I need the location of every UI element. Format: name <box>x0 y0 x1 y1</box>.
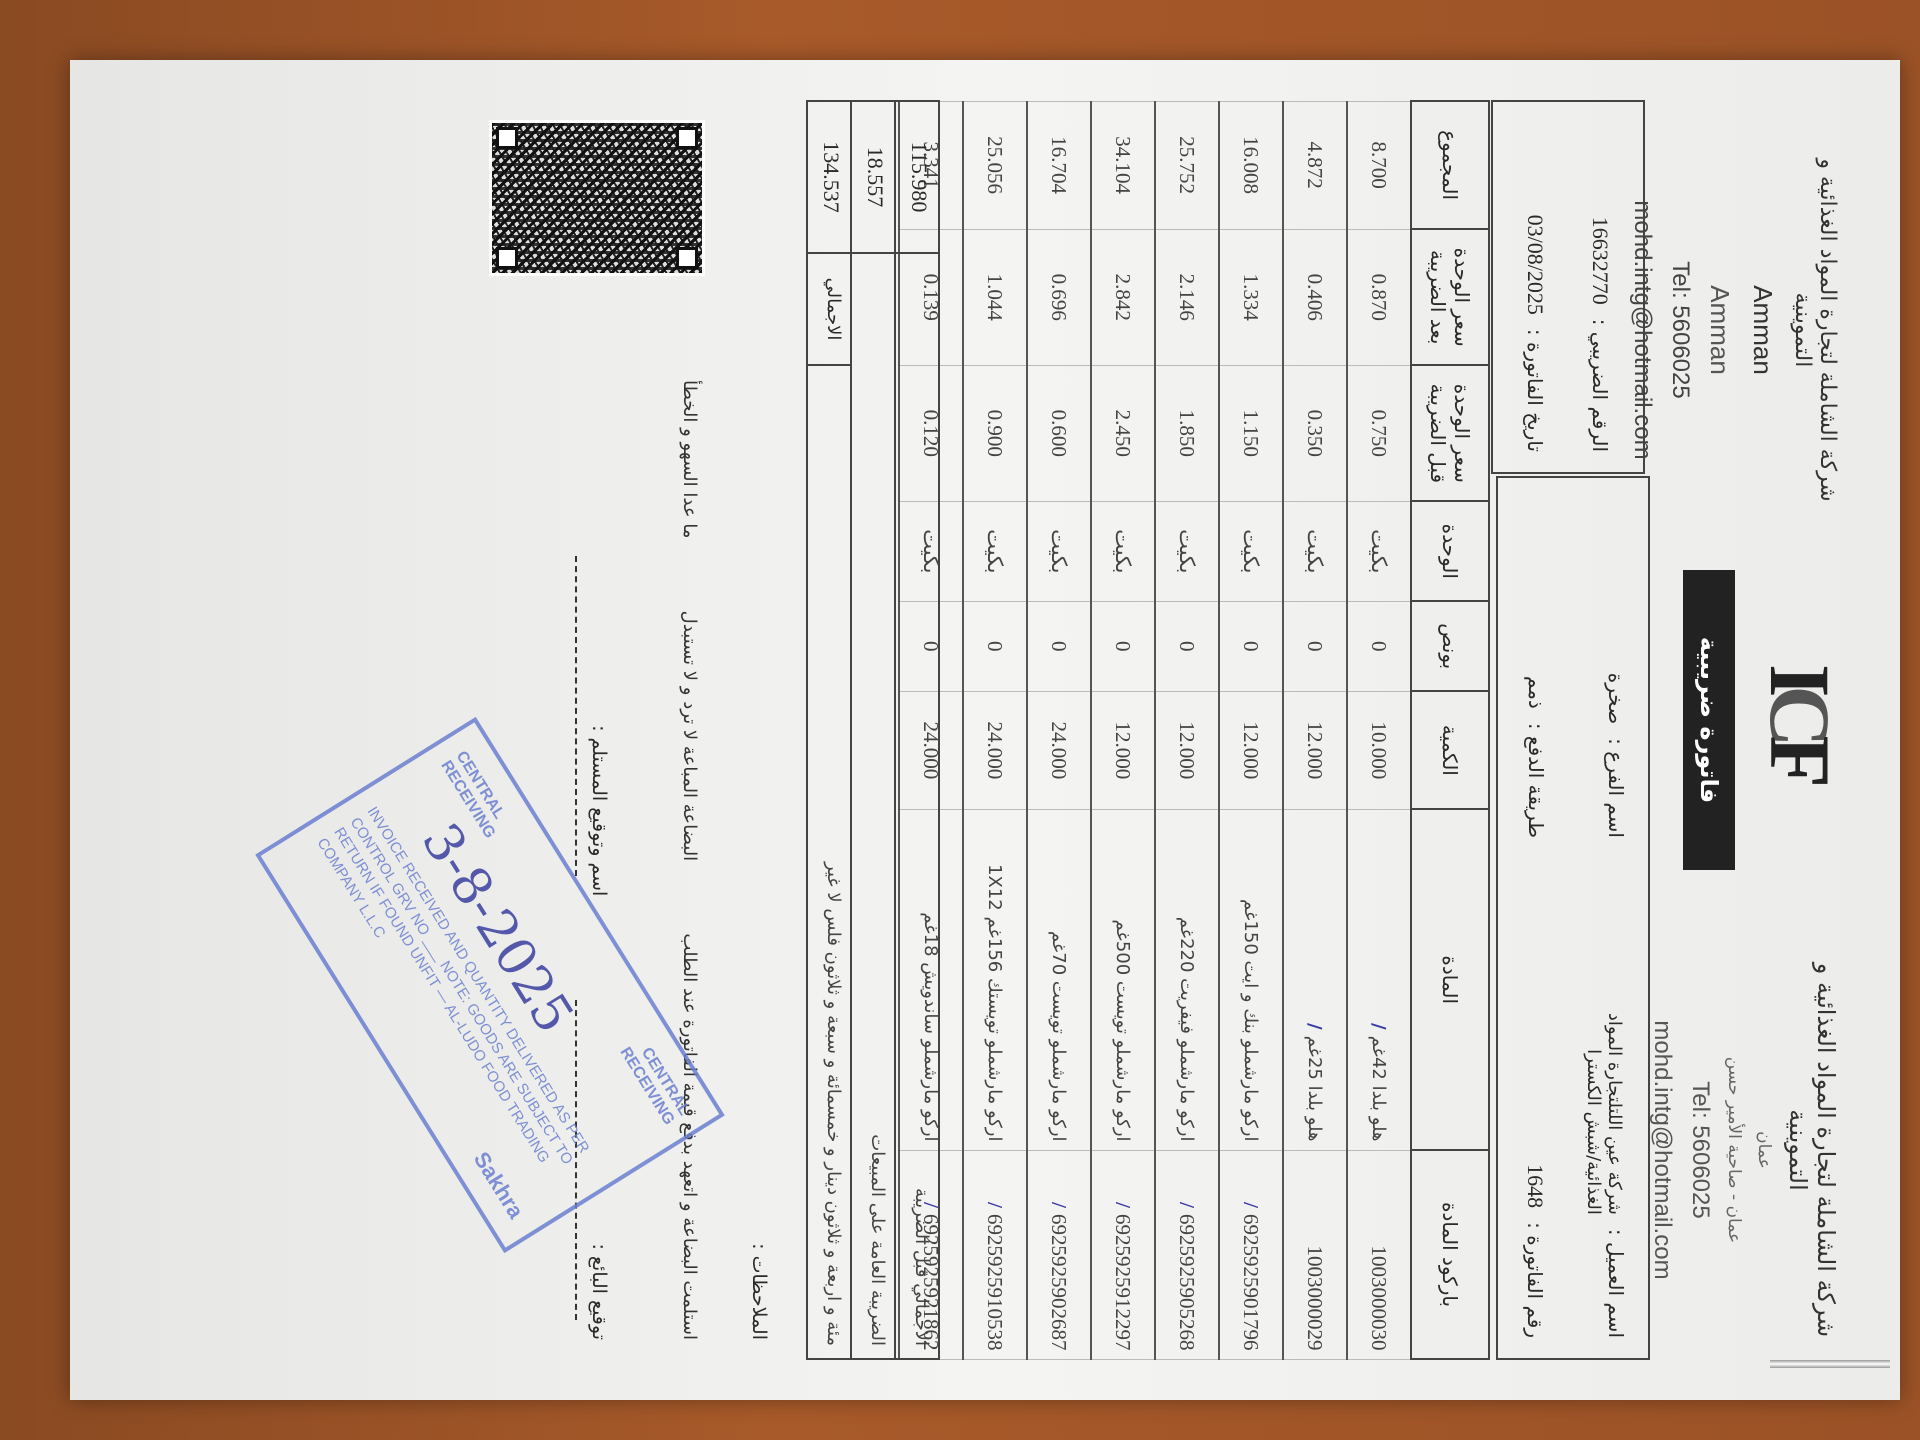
cell-item: اركو مارشملو تويست 70غم <box>1027 809 1091 1150</box>
term-errors: ما عدا السهو و الخطأ <box>679 380 700 538</box>
city-ar: عمان <box>1754 960 1774 1340</box>
cell-qty: 24.000 <box>1027 691 1091 809</box>
cell-total: 25.752 <box>1155 101 1219 229</box>
notes-label: الملاحظات : <box>748 1243 770 1340</box>
cell-unit: بكيت <box>1155 501 1219 601</box>
cell-qty: 10.000 <box>1347 691 1411 809</box>
cell-price-after: 0.406 <box>1283 229 1347 365</box>
invoice-number-field: رقم الفاتورة : 1648 <box>1522 1164 1548 1338</box>
company-header-arabic: شركة الشاملة لتجارة المواد الغذائية و ال… <box>1648 960 1840 1340</box>
cell-item: هلو بلدا 25غم/ <box>1283 809 1347 1150</box>
column-header: باركود المادة <box>1411 1150 1489 1359</box>
cell-unit: بكيت <box>1283 501 1347 601</box>
checkmark-icon: / <box>1048 1202 1072 1208</box>
pen-clip <box>1770 1360 1890 1368</box>
column-header: الكمية <box>1411 691 1489 809</box>
cell-barcode: 6925925910538/ <box>963 1150 1027 1359</box>
cell-unit: بكيت <box>1091 501 1155 601</box>
total-in-words: مئة و اربعة و ثلاثون دينار و خمسمائة و س… <box>808 366 850 1358</box>
cell-price-before: 0.900 <box>963 365 1027 501</box>
cell-price-before: 2.450 <box>1091 365 1155 501</box>
tax-number: 16632770 <box>1587 217 1613 305</box>
terms-line: استلمت البضاعة و اتعهد بدفع قيمة الفاتور… <box>679 120 700 1340</box>
company-name-ar: شركة الشاملة لتجارة المواد الغذائية و ال… <box>1784 960 1840 1340</box>
column-header: الوحدة <box>1411 501 1489 601</box>
column-header: المجموع <box>1411 101 1489 229</box>
cell-total: 16.704 <box>1027 101 1091 229</box>
cell-total: 8.700 <box>1347 101 1411 229</box>
tax-row: الضريبة العامة على المبيعات 18.557 <box>850 100 894 1360</box>
cell-price-after: 0.696 <box>1027 229 1091 365</box>
customer-name: شركة عين اللتلتجارة المواد الغذائية/شبش … <box>1583 955 1625 1215</box>
cell-bonus: 0 <box>1219 601 1283 691</box>
company-name-ar-2: شركة الشاملة لتجارة المواد الغذائية و ال… <box>1790 120 1840 540</box>
cell-qty: 12.000 <box>1283 691 1347 809</box>
cell-barcode: 1003000029 <box>1283 1150 1347 1359</box>
checkmark-icon: / <box>1305 1023 1326 1030</box>
totals-section: الاجمالي قبل الضريبة 115.980 الضريبة الع… <box>806 100 940 1360</box>
table-row: 6925925901796/اركو مارشملو بنك و ايت 150… <box>1219 101 1283 1359</box>
cell-qty: 12.000 <box>1091 691 1155 809</box>
company-email: mohd.intg@hotmail.com <box>1648 960 1676 1340</box>
checkmark-icon: / <box>1112 1202 1136 1208</box>
column-header: المادة <box>1411 809 1489 1150</box>
qr-code <box>489 120 705 276</box>
cell-bonus: 0 <box>1347 601 1411 691</box>
cell-total: 25.056 <box>963 101 1027 229</box>
cell-unit: بكيت <box>963 501 1027 601</box>
checkmark-icon: / <box>1176 1202 1200 1208</box>
table-row: 1003000029هلو بلدا 25غم/12.0000بكيت0.350… <box>1283 101 1347 1359</box>
invoice-paper: شركة الشاملة لتجارة المواد الغذائية و ال… <box>70 60 1900 1400</box>
tax-value: 18.557 <box>852 102 894 254</box>
cell-bonus: 0 <box>1091 601 1155 691</box>
receiver-signature: اسم وتوقيع المستلم : <box>566 380 610 896</box>
cell-bonus: 0 <box>1283 601 1347 691</box>
receiving-stamp: CENTRAL RECEIVING CENTRAL RECEIVING 3-8-… <box>255 717 725 1253</box>
tax-number-field: الرقم الضريبي : 16632770 <box>1587 217 1613 452</box>
table-header-row: باركود المادةالمادةالكميةبونصالوحدةسعر ا… <box>1411 101 1489 1359</box>
cell-price-before: 0.750 <box>1347 365 1411 501</box>
city-en: Amman <box>1747 120 1778 540</box>
cell-barcode: 6925925905268/ <box>1155 1150 1219 1359</box>
customer-field: اسم العميل : شركة عين اللتلتجارة المواد … <box>1583 955 1628 1338</box>
cell-barcode: 1003000030 <box>1347 1150 1411 1359</box>
grand-total-value: 134.537 <box>808 102 850 254</box>
invoice-photo: شركة الشاملة لتجارة المواد الغذائية و ال… <box>0 60 1900 1400</box>
company-header-english: شركة الشاملة لتجارة المواد الغذائية و ال… <box>1628 120 1840 540</box>
payment-method: ذمم <box>1524 676 1548 709</box>
cell-item: اركو مارشملو تويست 500غم <box>1091 809 1155 1150</box>
cell-item: اركو مارشملو بنك و ايت 150غم <box>1219 809 1283 1150</box>
cell-barcode: 6925925901796/ <box>1219 1150 1283 1359</box>
cell-price-before: 0.350 <box>1283 365 1347 501</box>
invoice-number: 1648 <box>1522 1164 1548 1208</box>
grand-total-row: مئة و اربعة و ثلاثون دينار و خمسمائة و س… <box>806 100 850 1360</box>
payment-field: طريقة الدفع : ذمم <box>1524 676 1548 838</box>
cell-price-before: 1.850 <box>1155 365 1219 501</box>
cell-unit: بكيت <box>1347 501 1411 601</box>
company-tel: Tel: 5606025 <box>1686 960 1714 1340</box>
cell-qty: 24.000 <box>963 691 1027 809</box>
checkmark-icon: / <box>1369 1023 1390 1030</box>
receiver-signature-line <box>576 556 578 876</box>
cell-price-after: 2.146 <box>1155 229 1219 365</box>
cell-unit: بكيت <box>1027 501 1091 601</box>
column-header: سعر الوحدة قبل الضريبة <box>1411 365 1489 501</box>
invoice-date: 03/08/2025 <box>1522 215 1548 315</box>
table-row: 6925925902687/اركو مارشملو تويست 70غم24.… <box>1027 101 1091 1359</box>
cell-item: هلو بلدا 42غم/ <box>1347 809 1411 1150</box>
cell-item: اركو مارشملو فيفريت 220غم <box>1155 809 1219 1150</box>
term-no-return: البضاعة المباعة لا ترد و لا تستبدل <box>679 611 700 862</box>
checkmark-icon: / <box>984 1202 1008 1208</box>
cell-bonus: 0 <box>1027 601 1091 691</box>
customer-info-box: اسم العميل : شركة عين اللتلتجارة المواد … <box>1496 476 1650 1360</box>
table-row: 6925925905268/اركو مارشملو فيفريت 220غم1… <box>1155 101 1219 1359</box>
cell-barcode: 6925925902687/ <box>1027 1150 1091 1359</box>
company-tel-2: Tel: 5606025 <box>1666 120 1694 540</box>
column-header: سعر الوحدة بعد الضريبة <box>1411 229 1489 365</box>
column-header: بونص <box>1411 601 1489 691</box>
city-en-2: Amman <box>1704 120 1735 540</box>
cell-bonus: 0 <box>963 601 1027 691</box>
branch-name: صخرة <box>1604 673 1628 724</box>
cell-total: 34.104 <box>1091 101 1155 229</box>
table-row: 1003000030هلو بلدا 42غم/10.0000بكيت0.750… <box>1347 101 1411 1359</box>
table-row: 6925925910538/اركو مارشملو تويستك 156غم … <box>963 101 1027 1359</box>
subtotal-value: 115.980 <box>896 102 938 254</box>
cell-price-after: 0.870 <box>1347 229 1411 365</box>
cell-qty: 12.000 <box>1219 691 1283 809</box>
branch-field: اسم الفرع : صخرة <box>1604 673 1628 838</box>
cell-price-before: 0.600 <box>1027 365 1091 501</box>
cell-unit: بكيت <box>1219 501 1283 601</box>
cell-price-after: 1.044 <box>963 229 1027 365</box>
cell-barcode: 6925925912297/ <box>1091 1150 1155 1359</box>
cell-total: 4.872 <box>1283 101 1347 229</box>
items-table: باركود المادةالمادةالكميةبونصالوحدةسعر ا… <box>898 100 1490 1360</box>
table-row: 6925925912297/اركو مارشملو تويست 500غم12… <box>1091 101 1155 1359</box>
tax-info-box: الرقم الضريبي : 16632770 تاريخ الفاتورة … <box>1491 100 1645 474</box>
table-body: 1003000030هلو بلدا 42غم/10.0000بكيت0.750… <box>899 101 1411 1359</box>
invoice-date-field: تاريخ الفاتورة : 03/08/2025 <box>1522 215 1548 452</box>
address-ar: عمان - صاحية الأمير حسن <box>1724 960 1744 1340</box>
cell-item: اركو مارشملو تويستك 156غم 1X12 <box>963 809 1027 1150</box>
cell-bonus: 0 <box>1155 601 1219 691</box>
company-logo: ICF <box>1755 620 1845 820</box>
checkmark-icon: / <box>1240 1202 1264 1208</box>
cell-total: 16.008 <box>1219 101 1283 229</box>
cell-price-before: 1.150 <box>1219 365 1283 501</box>
cell-price-after: 2.842 <box>1091 229 1155 365</box>
invoice-title: فاتورة ضريبية <box>1683 570 1735 870</box>
cell-qty: 12.000 <box>1155 691 1219 809</box>
subtotal-row: الاجمالي قبل الضريبة 115.980 <box>894 100 940 1360</box>
cell-price-after: 1.334 <box>1219 229 1283 365</box>
